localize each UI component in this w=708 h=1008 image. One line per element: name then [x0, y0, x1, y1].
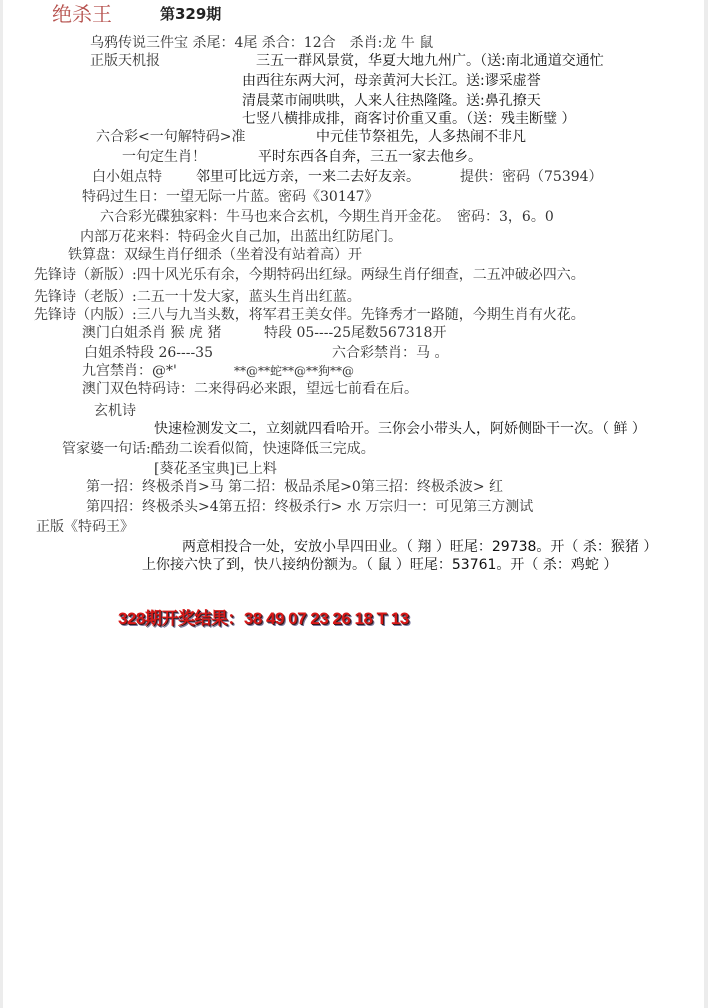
- tianjibao-line-2: 由西往东两大河，母亲黄河大长江。送:谬采虚誉: [242, 72, 541, 90]
- page-border-right: [704, 0, 708, 1008]
- tianjibao-line-4: 七竖八横排成排，商客讨价重又重。（送：残圭断璧 ）: [242, 110, 575, 128]
- xuanji-label: 玄机诗: [94, 402, 136, 420]
- guangdie-line: 六合彩光碟独家料：牛马也来合玄机，今期生肖开金花。 密码：3，6。0: [100, 208, 554, 226]
- page-title: 绝杀王: [52, 2, 112, 26]
- neibu-line: 内部万花来料：特码金火自己加，出蓝出红防尾门。: [80, 228, 402, 246]
- page-border-left: [0, 0, 3, 1008]
- aomen-teduan: 特段 05----25尾数567318开: [264, 324, 446, 342]
- draw-result: 328期开奖结果：38 49 07 23 26 18 T 13: [118, 608, 409, 630]
- baixiaojie-label: 白小姐点特: [92, 168, 162, 186]
- guanjiapo-line: 管家婆一句话:酷劲二诶看似简，快速降低三完成。: [62, 440, 375, 458]
- liuhecai-label: 六合彩<一句解特码>准: [96, 128, 245, 146]
- temawang-label: 正版《特码王》: [36, 518, 134, 536]
- jiugong-label: 九宫禁肖：@*': [82, 362, 177, 380]
- baixiaojie-provider: 提供：密码（75394）: [460, 168, 603, 186]
- tianjibao-line-3: 清晨菜市闹哄哄，人来人往热隆隆。送:鼻孔撩天: [242, 92, 541, 110]
- zhao-line-1: 第一招：终极杀肖>马 第二招：极品杀尾>0第三招：终极杀波> 红: [86, 478, 503, 496]
- baixiaojie-text: 邻里可比远方亲，一来二去好友亲。: [196, 168, 420, 186]
- kuihua-line: [葵花圣宝典]已上料: [154, 460, 277, 478]
- liuhecai-jinxiao: 六合彩禁肖：马 。: [332, 344, 448, 362]
- tiesuanpan-line: 铁算盘：双绿生肖仔细杀（坐着没有站着高）开: [68, 246, 362, 264]
- xianfeng-old: 先锋诗（老版）:二五一十发大家，蓝头生肖出红蓝。: [34, 288, 361, 306]
- tema-birthday: 特码过生日：一望无际一片蓝。密码《30147》: [82, 188, 379, 206]
- issue-number: 第329期: [160, 4, 221, 24]
- yiju-text: 平时东西各自奔，三五一家去他乡。: [258, 148, 482, 166]
- xianfeng-new: 先锋诗（新版）:四十风光乐有余，今期特码出红绿。两绿生肖仔细查，二五冲破必四六。: [34, 266, 585, 284]
- liuhecai-text: 中元佳节祭祖先，人多热闹不非凡: [316, 128, 526, 146]
- xianfeng-inner: 先锋诗（内版）:三八与九当头数，将军君王美女伴。先锋秀才一路随，今期生肖有火花。: [34, 306, 585, 324]
- jiugong-text: **@**蛇**@**狗**@: [234, 362, 354, 380]
- tianjibao-label: 正版天机报: [90, 52, 160, 70]
- wuya-line: 乌鸦传说三件宝 杀尾：4尾 杀合：12合 杀肖:龙 牛 鼠: [90, 34, 433, 52]
- yiju-label: 一句定生肖！: [122, 148, 206, 166]
- aomen-baijie: 澳门白姐杀肖 猴 虎 猪: [82, 324, 221, 342]
- temawang-line-1: 两意相投合一处，安放小旱四田业。（ 翔 ）旺尾：29738。开（ 杀：猴猪 ）: [182, 538, 657, 556]
- xuanji-text: 快速检测发文二，立刻就四看哈开。三你会小带头人，阿娇侧卧干一次。（ 鲜 ）: [154, 420, 646, 438]
- aomen-shuangse: 澳门双色特码诗：二来得码必来跟，望远七前看在后。: [82, 380, 418, 398]
- tianjibao-line-1: 三五一群风景赏，华夏大地九州广。（送:南北通道交通忙: [256, 52, 604, 70]
- zhao-line-2: 第四招：终极杀头>4第五招：终极杀行> 水 万宗归一：可见第三方测试: [86, 498, 533, 516]
- baijie-teduan: 白姐杀特段 26----35: [84, 344, 213, 362]
- temawang-line-2: 上你接六快了到，快八接纳份额为。（ 鼠 ）旺尾：53761。开（ 杀：鸡蛇 ）: [142, 556, 617, 574]
